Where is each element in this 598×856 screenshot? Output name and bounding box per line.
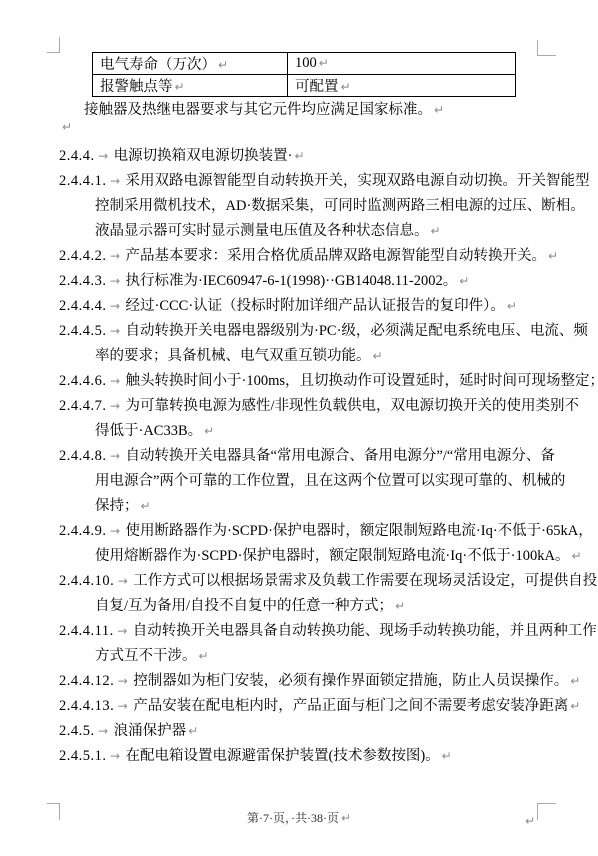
clause-2-4-5-1: 2.4.5.1.→在配电箱设置电源避雷保护装置(技术参数按图)。↵ (59, 744, 545, 769)
clause-text: 使用熔断器作为·SCPD·保护电器时，额定限制短路电流·Iq·不低于·100kA… (95, 548, 569, 564)
clause-2-4-4-1: 2.4.4.1.→采用双路电源智能型自动转换开关，实现双路电源自动切换。开关智能… (59, 169, 545, 244)
clause-2-4-4: 2.4.4.→电源切换箱双电源切换装置·↵ (59, 144, 545, 169)
clause-2-4-4-9: 2.4.4.9.→使用断路器作为·SCPD·保护电器时，额定限制短路电流·Iq·… (59, 519, 545, 569)
tab-mark-icon: → (116, 669, 129, 694)
clause-text: 在配电箱设置电源避雷保护装置(技术参数按图)。 (126, 748, 440, 764)
clause-text: 经过·CCC·认证（投标时附加详细产品认证报告的复印件）。 (126, 298, 505, 314)
paragraph-mark-icon: ↵ (395, 599, 405, 613)
clause-text: 控制采用微机技术，AD·数据采集，可同时监测两路三相电源的过压、断相。 (95, 198, 585, 214)
table-cell-label: 电气寿命（万次） (100, 57, 216, 73)
clause-number: 2.4.4.1. (59, 173, 107, 189)
paragraph-mark-icon: ↵ (525, 814, 535, 828)
tab-mark-icon: → (116, 619, 129, 644)
tab-mark-icon: → (97, 144, 110, 169)
clause-text: 产品安装在配电柜内时，产品正面与柜门之间不需要考虑安装净距离 (133, 698, 568, 714)
clause-text: 触头转换时间小于·100ms，且切换动作可设置延时，延时时间可现场整定； (126, 373, 598, 389)
tab-mark-icon: → (109, 319, 122, 344)
tab-mark-icon: → (109, 269, 122, 294)
clause-2-4-4-2: 2.4.4.2.→产品基本要求：采用合格优质品牌双路电源智能型自动转换开关。↵ (59, 244, 545, 269)
clause-number: 2.4.4.9. (59, 523, 107, 539)
clause-number: 2.4.4.2. (59, 248, 107, 264)
page-footer: 第·7·页，·共·38·页↵ (0, 809, 598, 826)
paragraph-mark-icon: ↵ (548, 249, 558, 263)
clause-2-4-4-13: 2.4.4.13.→产品安装在配电柜内时，产品正面与柜门之间不需要考虑安装净距离… (59, 694, 545, 719)
clause-number: 2.4.4.10. (59, 573, 114, 589)
clause-number: 2.4.5.1. (59, 748, 107, 764)
clause-text: 控制器如为柜门安装，必须有操作界面锁定措施，防止人员误操作。 (133, 673, 568, 689)
paragraph-mark-icon: ↵ (188, 724, 198, 738)
clause-number: 2.4.4.12. (59, 673, 114, 689)
table-row: 电气寿命（万次）↵ 100↵ (93, 53, 516, 75)
clause-text: 自动转换开关电器具备“常用电源合、备用电源分”/“常用电源分、备 (126, 448, 555, 464)
tab-mark-icon: → (109, 444, 122, 469)
paragraph-mark-icon: ↵ (175, 80, 185, 94)
clause-text: 方式互不干涉。 (95, 648, 197, 664)
table-cell-value: 100 (295, 55, 317, 71)
clause-text: 用电源合”两个可靠的工作位置，且在这两个位置可以实现可靠的、机械的 (95, 473, 565, 489)
clause-text: 工作方式可以根据场景需求及负载工作需要在现场灵活设定，可提供自投 (133, 573, 597, 589)
clause-2-4-4-8: 2.4.4.8.→自动转换开关电器具备“常用电源合、备用电源分”/“常用电源分、… (59, 444, 545, 519)
clause-number: 2.4.5. (59, 723, 95, 739)
paragraph-mark-icon: ↵ (570, 699, 580, 713)
tab-mark-icon: → (109, 519, 122, 544)
paragraph-mark-icon: ↵ (507, 299, 517, 313)
paragraph-mark-icon: ↵ (218, 58, 228, 72)
paragraph-mark-icon: ↵ (571, 549, 581, 563)
paragraph-mark-icon: ↵ (442, 749, 452, 763)
tab-mark-icon: → (109, 394, 122, 419)
clause-text: 浪涌保护器 (114, 723, 187, 739)
paragraph-mark-icon: ↵ (570, 674, 580, 688)
clause-number: 2.4.4.4. (59, 298, 107, 314)
table-cell-value: 可配置 (295, 79, 339, 95)
clause-text: 液晶显示器可实时显示测量电压值及各种状态信息。 (95, 223, 429, 239)
intro-paragraph: 接触器及热继电器要求与其它元件均应满足国家标准。↵ (84, 98, 444, 119)
footer-area-paragraph: ↵ (523, 812, 535, 830)
paragraph-mark-icon: ↵ (294, 149, 304, 163)
clause-number: 2.4.4.13. (59, 698, 114, 714)
tab-mark-icon: → (109, 244, 122, 269)
clause-number: 2.4.4.3. (59, 273, 107, 289)
crop-mark-top-left-icon (47, 37, 60, 53)
paragraph-mark-icon: ↵ (199, 649, 209, 663)
clause-2-4-5: 2.4.5.→浪涌保护器↵ (59, 719, 545, 744)
table-cell-label: 报警触点等 (100, 79, 173, 95)
clause-number: 2.4.4.5. (59, 323, 107, 339)
paragraph-mark-icon: ↵ (341, 811, 351, 825)
paragraph-mark-icon: ↵ (341, 80, 351, 94)
clause-number: 2.4.4.6. (59, 373, 107, 389)
page-number-text: 第·7·页，·共·38·页 (247, 811, 339, 825)
tab-mark-icon: → (109, 744, 122, 769)
table-row: 报警触点等↵ 可配置↵ (93, 75, 516, 97)
intro-text: 接触器及热继电器要求与其它元件均应满足国家标准。 (84, 102, 432, 118)
clause-2-4-4-3: 2.4.4.3.→执行标准为·IEC60947-6-1(1998)··GB140… (59, 269, 545, 294)
tab-mark-icon: → (109, 369, 122, 394)
clause-text: 率的要求；具备机械、电气双重互锁功能。 (95, 348, 371, 364)
clause-number: 2.4.4.8. (59, 448, 107, 464)
clause-2-4-4-6: 2.4.4.6.→触头转换时间小于·100ms，且切换动作可设置延时，延时时间可… (59, 369, 545, 394)
clause-text: 电源切换箱双电源切换装置· (114, 148, 293, 164)
clause-list: 2.4.4.→电源切换箱双电源切换装置·↵ 2.4.4.1.→采用双路电源智能型… (59, 144, 545, 769)
tab-mark-icon: → (116, 569, 129, 594)
clause-text: 保持； (95, 498, 139, 514)
clause-2-4-4-5: 2.4.4.5.→自动转换开关电器电器级别为·PC·级，必须满足配电系统电压、电… (59, 319, 545, 369)
paragraph-mark-icon: ↵ (431, 224, 441, 238)
clause-text: 得低于·AC33B。 (95, 423, 202, 439)
clause-text: 产品基本要求：采用合格优质品牌双路电源智能型自动转换开关。 (126, 248, 547, 264)
paragraph-mark-icon: ↵ (204, 424, 214, 438)
clause-2-4-4-7: 2.4.4.7.→为可靠转换电源为感性/非现性负载供电，双电源切换开关的使用类别… (59, 394, 545, 444)
paragraph-mark-icon: ↵ (319, 56, 329, 70)
paragraph-mark-icon: ↵ (459, 274, 469, 288)
paragraph-mark-icon: ↵ (434, 103, 444, 117)
clause-text: 自复/互为备用/自投不自复中的任意一种方式； (95, 598, 393, 614)
paragraph-mark-icon: ↵ (373, 349, 383, 363)
tab-mark-icon: → (109, 169, 122, 194)
document-page: 电气寿命（万次）↵ 100↵ 报警触点等↵ 可配置↵ 接触器及热继电器要求与其它… (0, 0, 598, 856)
paragraph-mark-icon: ↵ (141, 499, 151, 513)
clause-text: 自动转换开关电器电器级别为·PC·级，必须满足配电系统电压、电流、频 (126, 323, 588, 339)
spec-table: 电气寿命（万次）↵ 100↵ 报警触点等↵ 可配置↵ (92, 52, 516, 97)
tab-mark-icon: → (116, 694, 129, 719)
tab-mark-icon: → (109, 294, 122, 319)
paragraph-mark-icon: ↵ (62, 120, 72, 134)
tab-mark-icon: → (97, 719, 110, 744)
clause-text: 自动转换开关电器具备自动转换功能、现场手动转换功能，并且两种工作 (133, 623, 597, 639)
clause-text: 执行标准为·IEC60947-6-1(1998)··GB14048.11-200… (126, 273, 458, 289)
clause-2-4-4-12: 2.4.4.12.→控制器如为柜门安装，必须有操作界面锁定措施，防止人员误操作。… (59, 669, 545, 694)
clause-number: 2.4.4. (59, 148, 95, 164)
clause-2-4-4-11: 2.4.4.11.→自动转换开关电器具备自动转换功能、现场手动转换功能，并且两种… (59, 619, 545, 669)
clause-text: 使用断路器作为·SCPD·保护电器时，额定限制短路电流·Iq·不低于·65kA， (126, 523, 593, 539)
clause-text: 采用双路电源智能型自动转换开关，实现双路电源自动切换。开关智能型 (126, 173, 590, 189)
clause-2-4-4-10: 2.4.4.10.→工作方式可以根据场景需求及负载工作需要在现场灵活设定，可提供… (59, 569, 545, 619)
crop-mark-top-right-icon (537, 40, 556, 56)
clause-text: 为可靠转换电源为感性/非现性负载供电，双电源切换开关的使用类别不 (126, 398, 580, 414)
clause-2-4-4-4: 2.4.4.4.→经过·CCC·认证（投标时附加详细产品认证报告的复印件）。↵ (59, 294, 545, 319)
clause-number: 2.4.4.11. (59, 623, 114, 639)
clause-number: 2.4.4.7. (59, 398, 107, 414)
empty-paragraph: ↵ (60, 119, 72, 136)
